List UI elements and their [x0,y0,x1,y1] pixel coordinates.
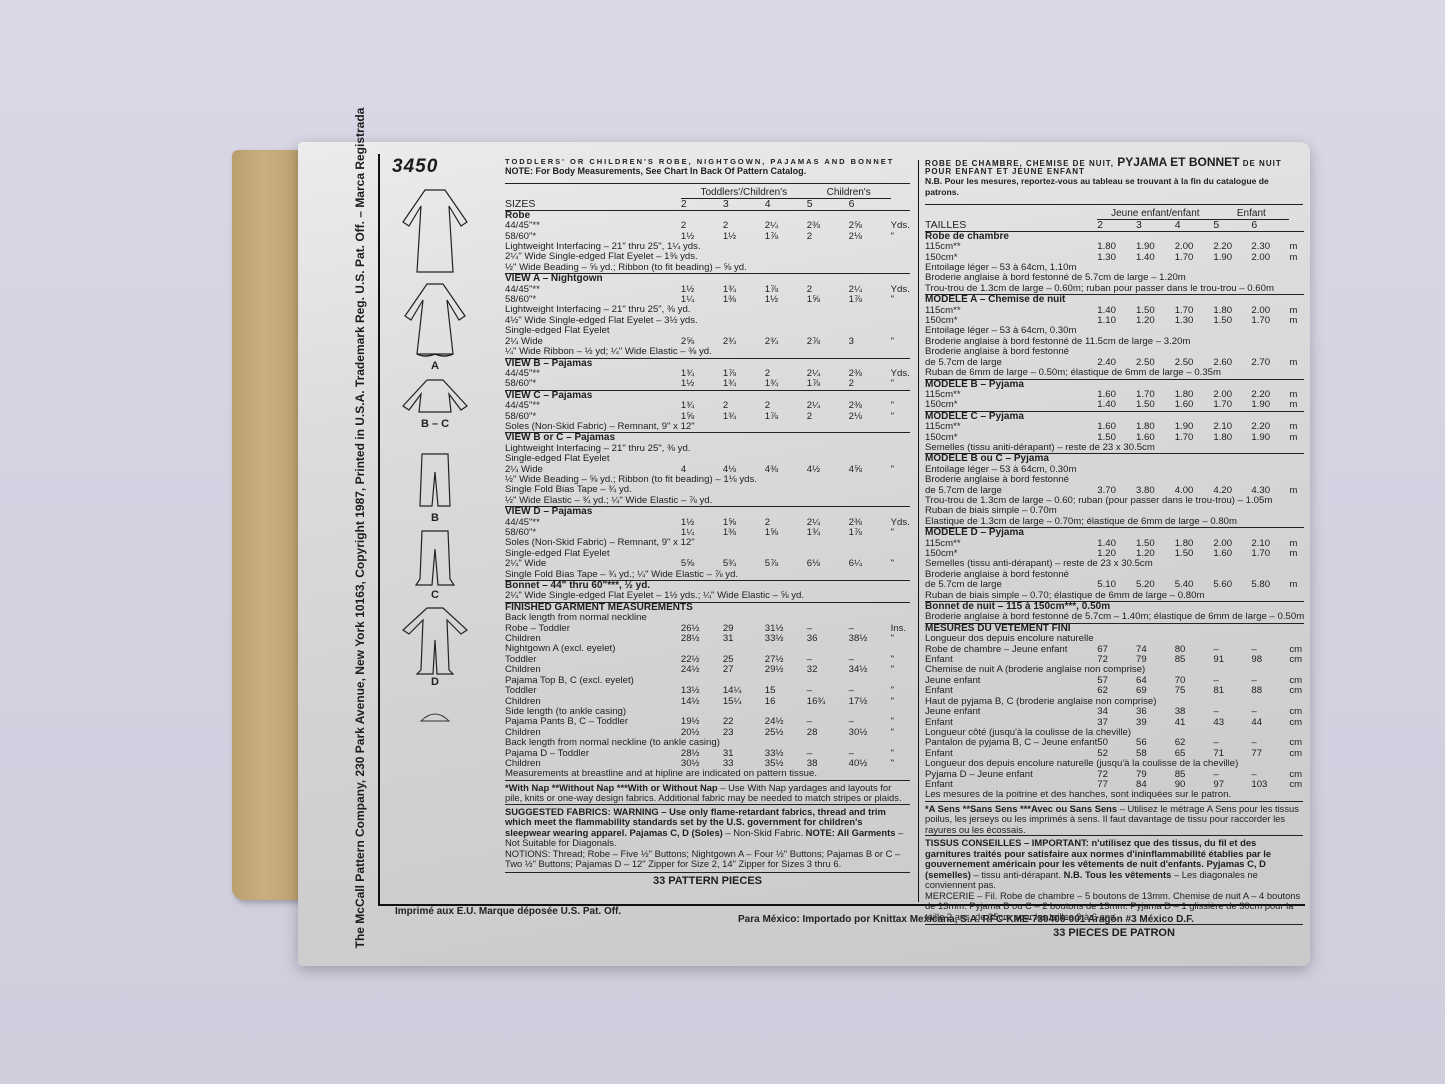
row-value: 1⅞ [849,528,891,538]
row-label: Trou-trou de 1.3cm de large – 0.60m; rub… [925,284,1304,295]
row-value: 1¾ [723,412,765,422]
row-value: 5⅞ [765,559,807,569]
row-label: Broderie anglaise à bord festonné de 5.7… [925,612,1304,623]
row-value: 33½ [765,634,807,644]
row-value: 5.60 [1213,580,1251,590]
row-unit: m [1289,422,1304,432]
row-value: 34 [1097,707,1136,717]
row-label: 115cm** [925,422,1097,432]
view-bc-top-illustration: B – C [380,376,490,430]
view-b-label: B [380,512,490,524]
row-value: 27 [723,665,765,675]
table-row: Broderie anglaise à bord festonné de 5.7… [925,612,1304,623]
group-children: Children's [807,188,891,199]
row-label: Chemise de nuit A (broderie anglaise non… [925,665,1304,675]
row-value: 2¼ [807,401,849,411]
row-value: 1.20 [1136,316,1175,326]
footer-printed-note: Imprimé aux E.U. Marque déposée U.S. Pat… [395,906,621,917]
row-value: 38½ [849,634,891,644]
row-value: 1.70 [1251,316,1289,326]
view-a-illustration: A [380,280,490,372]
row-value: 1.30 [1175,316,1214,326]
row-value: 2⅞ [807,337,849,347]
row-value: 1⅜ [723,295,765,305]
english-nap-note: *With Nap **Without Nap ***With or Witho… [505,780,910,804]
row-value: 1.40 [1097,400,1136,411]
row-value: 1.70 [1175,253,1214,263]
row-value: 2.20 [1251,422,1289,432]
row-value: 2 [723,401,765,411]
table-row: 2¼" Wide Single-edged Flat Eyelet – 1½ y… [505,591,910,602]
row-unit: cm [1289,718,1304,728]
row-value: 32 [807,665,849,675]
row-value: 15 [765,686,807,696]
row-unit: m [1289,486,1304,496]
row-value: 1⅜ [723,528,765,538]
row-value: 1⅝ [765,528,807,538]
row-label: Single Fold Bias Tape – ¾ yd.; ¼" Wide E… [505,570,910,581]
table-row: ¼" Wide Ribbon – ½ yd; ¼" Wide Elastic –… [505,347,910,358]
row-value: 1.90 [1251,433,1289,443]
row-value: 1¾ [765,379,807,390]
footed-pants-icon [410,529,460,589]
row-unit: " [891,232,910,242]
pattern-number: 3450 [392,156,438,178]
row-label: ½" Wide Elastic – ¾ yd.; ¼" Wide Elastic… [505,496,910,507]
row-value: 15¼ [723,697,765,707]
section-header-row: MODELE D – Pyjama [925,528,1304,539]
row-value: 2 [807,412,849,422]
pajama-top-icon [395,376,475,418]
row-value: 4⅜ [765,465,807,475]
row-value: 29½ [765,665,807,675]
table-row: Pantalon de pyjama B, C – Jeune enfant50… [925,738,1304,748]
row-label: 58/60"* [505,379,681,390]
row-value: 1.80 [1213,433,1251,443]
row-value: 14½ [681,697,723,707]
row-value: – [807,686,849,696]
row-value: 1.70 [1175,433,1214,443]
row-label: Les mesures de la poitrine et des hanche… [925,790,1304,800]
row-value: 6⅛ [807,559,849,569]
row-value: 2 [765,401,807,411]
table-row: Haut de pyjama B, C (broderie anglaise n… [925,697,1304,707]
english-section: TODDLERS' OR CHILDREN'S ROBE, NIGHTGOWN,… [505,158,910,887]
row-value: 17½ [849,697,891,707]
row-unit: " [891,295,910,305]
row-unit: " [891,686,910,696]
table-row: Soles (Non-Skid Fabric) – Remnant, 9" x … [505,422,910,433]
size-col: 2 [681,199,723,210]
row-label: Jeune enfant [925,707,1097,717]
row-label: Toddler [505,686,681,696]
row-value: 2⅜ [807,221,849,231]
row-label: Single-edged Flat Eyelet [505,454,910,464]
row-value: 4½ [807,465,849,475]
row-value: 1.90 [1213,253,1251,263]
row-value: 1.80 [1136,422,1175,432]
row-label: Semelles (tissu aniti-dérapant) – reste … [925,443,1304,454]
row-value: 2⅛ [849,412,891,422]
row-label: 150cm* [925,400,1097,411]
size-col: 6 [849,199,891,210]
row-unit: m [1289,358,1304,368]
table-row: 44/45"**1¾222¼2⅜" [505,401,910,411]
row-value: 41 [1175,718,1214,728]
row-value: 40½ [849,759,891,769]
table-row: 150cm*1.401.501.601.701.90m [925,400,1304,411]
size-col: 3 [1136,220,1175,231]
row-value: 16 [765,697,807,707]
row-value: 1⅝ [807,295,849,305]
size-col: 4 [765,199,807,210]
row-label: Broderie anglaise à bord festonné [925,475,1304,485]
view-d-illustration: D [380,606,490,688]
row-label: Haut de pyjama B, C (broderie anglaise n… [925,697,1304,707]
row-value: 103 [1251,780,1289,790]
english-note: NOTE: For Body Measurements, See Chart I… [505,166,910,184]
table-row: Trou-trou de 1.3cm de large – 0.60m; rub… [925,284,1304,295]
row-unit: " [891,401,910,411]
table-row: Pyjama D – Jeune enfant727985––cm [925,770,1304,780]
french-metrage-table: Jeune enfant/enfant Enfant TAILLES 2 3 4… [925,209,1304,801]
english-pattern-pieces: 33 PATTERN PIECES [505,872,910,887]
row-value: 4⅝ [849,465,891,475]
row-unit: m [1289,549,1304,559]
row-unit: " [891,697,910,707]
row-value: 38 [1175,707,1214,717]
row-value: 75 [1175,686,1214,696]
row-value: 24½ [681,665,723,675]
bonnet-illustration [380,709,490,723]
row-unit: " [891,759,910,769]
row-value: 2.10 [1213,422,1251,432]
row-unit: " [891,379,910,390]
table-row: Ruban de biais simple – 0.70; élastique … [925,591,1304,602]
row-value: 88 [1251,686,1289,696]
robe-illustration [380,186,490,276]
row-value: 1.50 [1213,316,1251,326]
row-unit: m [1289,316,1304,326]
row-unit: " [891,634,910,644]
bonnet-icon [415,709,455,723]
group-child: Enfant [1213,209,1289,220]
table-row: Longueur dos depuis encolure naturelle (… [925,759,1304,769]
row-value: 1⅞ [765,232,807,242]
row-value: 30½ [849,728,891,738]
row-value: 23 [723,728,765,738]
row-value: 1½ [723,232,765,242]
size-col: 2 [1097,220,1136,231]
row-value: 44 [1251,718,1289,728]
french-title: ROBE DE CHAMBRE, CHEMISE DE NUIT, PYJAMA… [925,158,1303,176]
row-value: 25½ [765,728,807,738]
view-bc-label: B – C [380,418,490,430]
row-unit: " [891,412,910,422]
english-notions: NOTIONS: Thread; Robe – Five ½" Buttons;… [505,849,910,870]
size-col: 6 [1251,220,1289,231]
row-unit: " [891,528,910,538]
row-value: 2⅜ [849,369,891,379]
row-value: 28 [807,728,849,738]
row-unit: cm [1289,749,1304,759]
table-row: Broderie anglaise à bord festonné [925,475,1304,485]
row-value: 1½ [681,379,723,390]
row-value: 85 [1175,655,1214,665]
row-value: 39 [1136,718,1175,728]
nightgown-icon [395,280,475,360]
row-value: 1⅞ [807,379,849,390]
size-col: 5 [1213,220,1251,231]
row-value: 14¼ [723,686,765,696]
group-young: Jeune enfant/enfant [1097,209,1213,220]
row-label: Longueur dos depuis encolure naturelle (… [925,759,1304,769]
row-value: 77 [1251,749,1289,759]
row-value: 1.60 [1213,549,1251,559]
row-unit: m [1289,580,1304,590]
french-nap-note: *A Sens **Sans Sens ***Avec ou Sans Sens… [925,801,1303,836]
table-row: 115cm**1.601.801.902.102.20m [925,422,1304,432]
row-value: 1.70 [1251,549,1289,559]
row-value: 2.00 [1251,253,1289,263]
table-row: Les mesures de la poitrine et des hanche… [925,790,1304,800]
row-label: ½" Wide Beading – ⅝ yd.; Ribbon (to fit … [505,263,910,274]
row-value: 43 [1213,718,1251,728]
row-value: 1.40 [1136,253,1175,263]
row-label: VIEW D – Pajamas [505,507,910,518]
row-unit: " [891,337,910,347]
sizes-label: SIZES [505,199,681,210]
table-row: Measurements at breastline and at hiplin… [505,769,910,779]
row-value: 1.30 [1097,253,1136,263]
size-col: 4 [1175,220,1214,231]
row-value: 1⅞ [849,295,891,305]
pajama-pants-icon [410,452,460,512]
english-title: TODDLERS' OR CHILDREN'S ROBE, NIGHTGOWN,… [505,158,910,166]
row-unit: m [1289,433,1304,443]
row-label: 2¼" Wide Single-edged Flat Eyelet – 1½ y… [505,591,910,602]
row-unit: " [891,465,910,475]
language-divider [918,160,919,902]
row-value: 1.60 [1097,422,1136,432]
row-unit: cm [1289,686,1304,696]
row-value: – [1213,707,1251,717]
row-unit: " [891,665,910,675]
row-value: 2¾ [723,337,765,347]
row-value: 1.10 [1097,316,1136,326]
row-unit: " [891,728,910,738]
view-b-pants-illustration: B [380,452,490,524]
english-fabrics-notions: SUGGESTED FABRICS: WARNING – Use only fl… [505,804,910,870]
french-pattern-pieces: 33 PIECES DE PATRON [925,924,1303,939]
table-row: ½" Wide Beading – ⅝ yd.; Ribbon (to fit … [505,263,910,274]
table-row: Jeune enfant576470––cm [925,676,1304,686]
table-row: Chemise de nuit A (broderie anglaise non… [925,665,1304,675]
footer-mexico-import: Para México: Importado por Knittax Mexic… [738,914,1194,925]
view-illustrations: 3450 A B – C B C D [380,154,490,894]
row-label: Soles (Non-Skid Fabric) – Remnant, 9" x … [505,422,910,433]
row-value: 34½ [849,665,891,675]
row-unit: m [1289,253,1304,263]
group-toddlers: Toddlers'/Children's [681,188,807,199]
table-row: Back length from normal neckline (to ank… [505,738,910,748]
row-value: 2¾ [765,337,807,347]
row-value: 1⅞ [765,412,807,422]
row-value: – [849,686,891,696]
row-label: Elastique de 1.3cm de large – 0.70m; éla… [925,517,1304,528]
table-row: ½" Wide Elastic – ¾ yd.; ¼" Wide Elastic… [505,496,910,507]
robe-icon [395,186,475,276]
view-c-label: C [380,589,490,601]
row-value: 13½ [681,686,723,696]
english-yardage-table: Toddlers'/Children's Children's SIZES 2 … [505,188,910,780]
table-row: Jeune enfant343638––cm [925,707,1304,717]
row-label: Measurements at breastline and at hiplin… [505,769,910,779]
row-unit: m [1289,400,1304,411]
row-value: 28½ [681,634,723,644]
row-value: 1¾ [807,528,849,538]
view-d-label: D [380,676,490,688]
row-value: 2.70 [1251,358,1289,368]
french-note: N.B. Pour les mesures, reportez-vous au … [925,176,1303,205]
row-value: 81 [1213,686,1251,696]
row-value: 36 [1136,707,1175,717]
size-col: 5 [807,199,849,210]
row-label: ¼" Wide Ribbon – ½ yd; ¼" Wide Elastic –… [505,347,910,358]
row-label: MODELE D – Pyjama [925,528,1304,539]
view-a-label: A [380,360,490,372]
copyright-text: The McCall Pattern Company, 230 Park Ave… [353,107,367,948]
row-value: 1½ [765,295,807,305]
row-label: 44/45"** [505,401,681,411]
table-row: Semelles (tissu aniti-dérapant) – reste … [925,443,1304,454]
french-section: ROBE DE CHAMBRE, CHEMISE DE NUIT, PYJAMA… [925,158,1303,939]
row-value: 91 [1213,655,1251,665]
row-value: 5.80 [1251,580,1289,590]
row-value: 1.90 [1175,422,1214,432]
row-value: 36 [807,634,849,644]
row-label: Ruban de biais simple – 0.70; élastique … [925,591,1304,602]
row-label: Ruban de 6mm de large – 0.50m; élastique… [925,368,1304,379]
row-value: 98 [1251,655,1289,665]
french-fabrics-notions: TISSUS CONSEILLES – IMPORTANT: n'utilise… [925,835,1303,922]
table-row: 58/60"*1½1¾1¾1⅞2" [505,379,910,390]
row-value: 1.90 [1251,400,1289,411]
row-unit: cm [1289,780,1304,790]
row-value: 1¾ [681,401,723,411]
row-unit: " [891,559,910,569]
row-value: 6¼ [849,559,891,569]
row-unit: cm [1289,655,1304,665]
pajama-suit-icon [395,606,475,676]
table-row: Elastique de 1.3cm de large – 0.70m; éla… [925,517,1304,528]
row-label: Back length from normal neckline (to ank… [505,738,910,748]
view-c-pants-illustration: C [380,529,490,601]
row-value: 1.50 [1136,400,1175,411]
table-row: Toddler13½14¼15––" [505,686,910,696]
row-value: 2⅛ [849,232,891,242]
table-row: Single Fold Bias Tape – ¾ yd.; ¼" Wide E… [505,570,910,581]
table-row: Single-edged Flat Eyelet [505,454,910,464]
row-value: 1.50 [1175,549,1214,559]
row-value: 1.60 [1175,400,1214,411]
copyright-side-text: The McCall Pattern Company, 230 Park Ave… [340,150,380,905]
row-value: 2⅜ [849,401,891,411]
section-header-row: VIEW D – Pajamas [505,507,910,518]
row-value: 2 [807,232,849,242]
row-value: 31 [723,634,765,644]
row-value: – [1251,707,1289,717]
row-value: 3 [849,337,891,347]
row-value: 1.70 [1213,400,1251,411]
table-row: Robe de chambre – Jeune enfant677480––cm [925,645,1304,655]
table-row: Ruban de 6mm de large – 0.50m; élastique… [925,368,1304,379]
row-value: 1¾ [723,379,765,390]
size-col: 3 [723,199,765,210]
row-value: 16¾ [807,697,849,707]
row-unit: cm [1289,707,1304,717]
tailles-label: TAILLES [925,220,1097,231]
row-value: 2 [849,379,891,390]
